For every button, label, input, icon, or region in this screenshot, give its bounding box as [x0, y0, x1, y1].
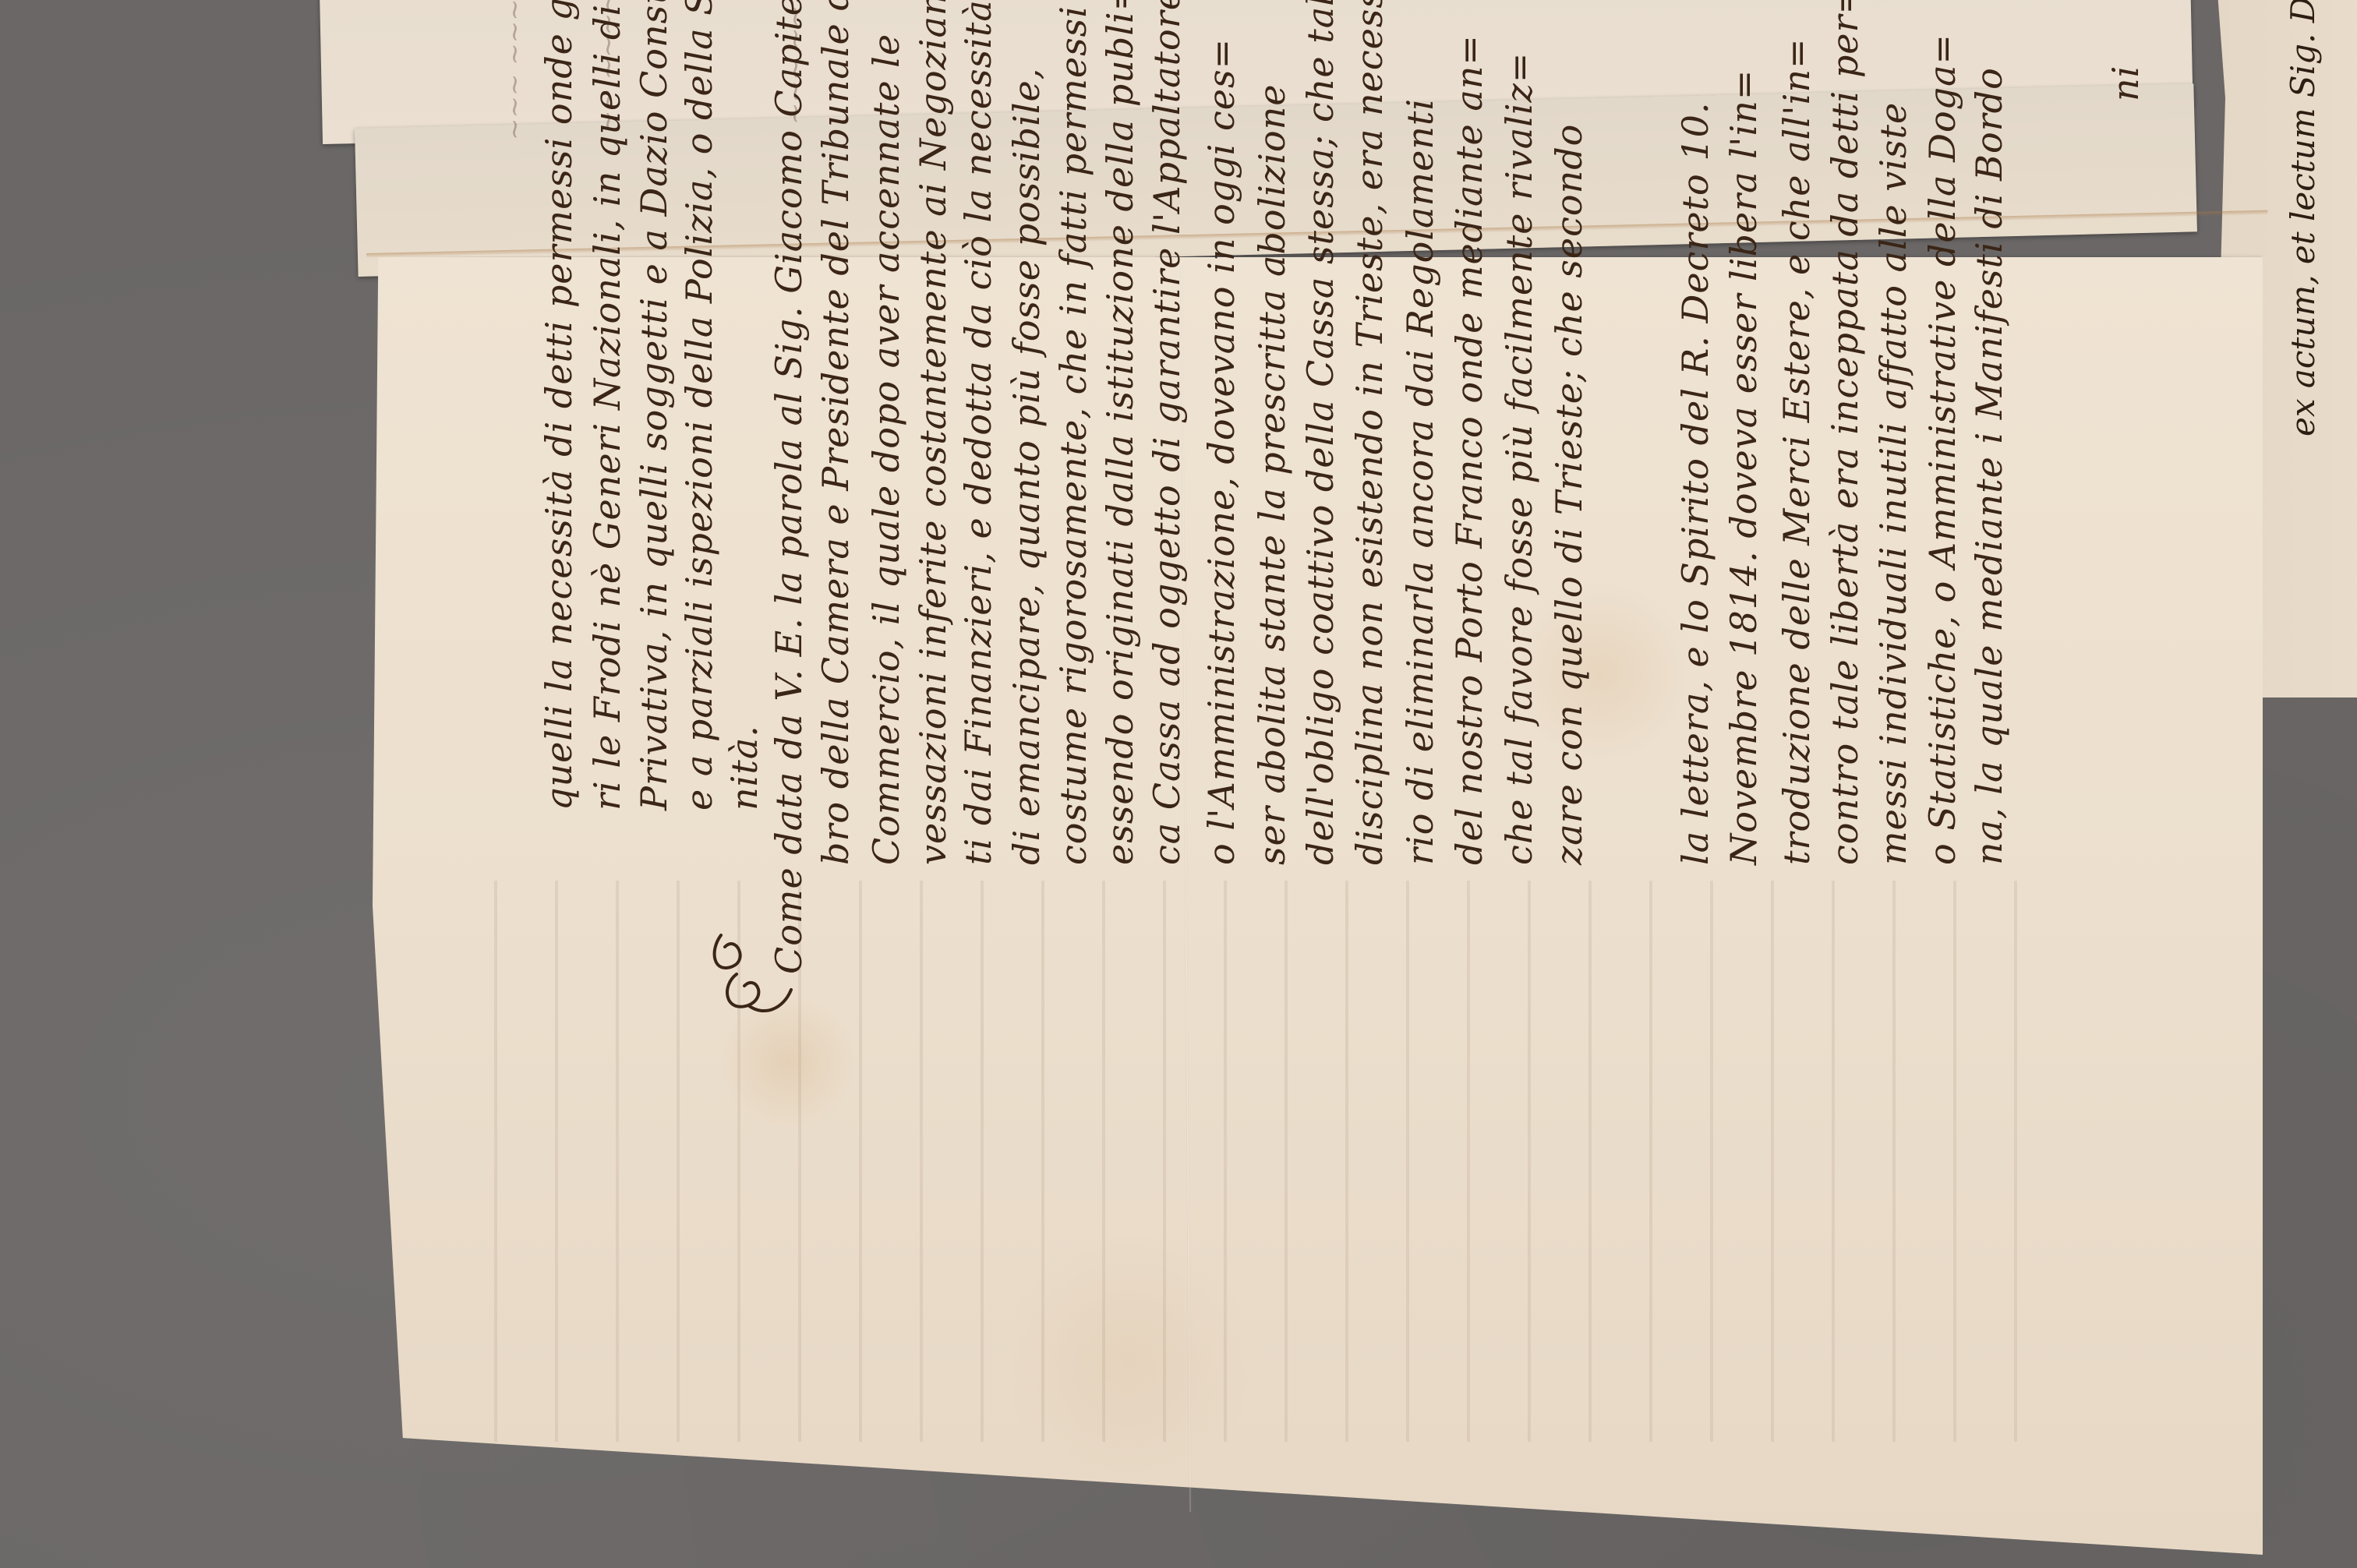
- manuscript-line: ri le Frodi nè Generi Nazionali, in quel…: [586, 4, 628, 810]
- manuscript-line: zare con quello di Trieste; che secondo: [1548, 124, 1590, 865]
- manuscript-line: essendo originati dalla istituzione dell…: [1099, 0, 1141, 865]
- manuscript-line: na, la quale mediante i Manifesti di Bor…: [1968, 67, 2010, 865]
- manuscript-line: ti dai Finanzieri, e dedotta da ciò la n…: [957, 0, 999, 865]
- manuscript-line: disciplina non esistendo in Trieste, era…: [1348, 0, 1391, 865]
- manuscript-line: del nostro Porto Franco onde mediante an…: [1448, 34, 1490, 865]
- manuscript-line: Come data da V. E. la parola al Sig. Gia…: [768, 0, 810, 974]
- manuscript-line: Novembre 1814. doveva esser libera l'in=: [1723, 69, 1765, 865]
- manuscript-line: quelli la necessità di detti permessi on…: [538, 0, 580, 810]
- manuscript-line: dell'obligo coattivo della Cassa stessa;…: [1299, 0, 1341, 865]
- manuscript-line: che tal favore fosse più facilmente riva…: [1498, 52, 1540, 865]
- manuscript-line: ca Cassa ad oggetto di garantire l'Appal…: [1146, 0, 1188, 865]
- manuscript-line: la lettera, e lo Spirito del R. Decreto …: [1674, 101, 1716, 865]
- manuscript-line: vessazioni inferite costantemente ai Neg…: [912, 0, 954, 865]
- manuscript-line: e a parziali ispezioni della Polizia, o …: [678, 0, 720, 810]
- bleed-through-writing: [436, 881, 2073, 1442]
- manuscript-line: messi individuali inutili affatto alle v…: [1872, 102, 1914, 865]
- manuscript-line: nità.: [723, 725, 765, 810]
- manuscript-line: di emancipare, quanto più fosse possibil…: [1005, 68, 1048, 865]
- manuscript-line: bro della Camera e Presidente del Tribun…: [815, 0, 857, 865]
- manuscript-line: ni: [2104, 65, 2147, 101]
- right-sheet-writing: ex actum, et lectum Sig. Dug. Arco: [2284, 0, 2322, 436]
- manuscript-line: rio di eliminarla ancora dai Regolamenti: [1399, 98, 1441, 865]
- manuscript-line: costume rigorosamente, che in fatti perm…: [1052, 5, 1094, 865]
- manuscript-line: troduzione delle Merci Estere, e che all…: [1776, 37, 1818, 865]
- manuscript-line: o l'Amministrazione, dovevano in oggi ce…: [1200, 38, 1242, 865]
- manuscript-line: Commercio, il quale dopo aver accennate …: [865, 34, 907, 865]
- manuscript-line: ser abolita stante la prescritta abolizi…: [1251, 84, 1293, 865]
- manuscript-line: o Statistiche, o Amministrative della Do…: [1921, 34, 1963, 865]
- manuscript-line: contro tale libertà era inceppata da det…: [1824, 0, 1866, 865]
- top-sheet-writing: ~~~ ~~~ ~~~~: [499, 0, 530, 140]
- manuscript-line: Privativa, in quelli soggetti e a Dazio …: [633, 0, 675, 810]
- initial-flourish-icon: [705, 920, 799, 1029]
